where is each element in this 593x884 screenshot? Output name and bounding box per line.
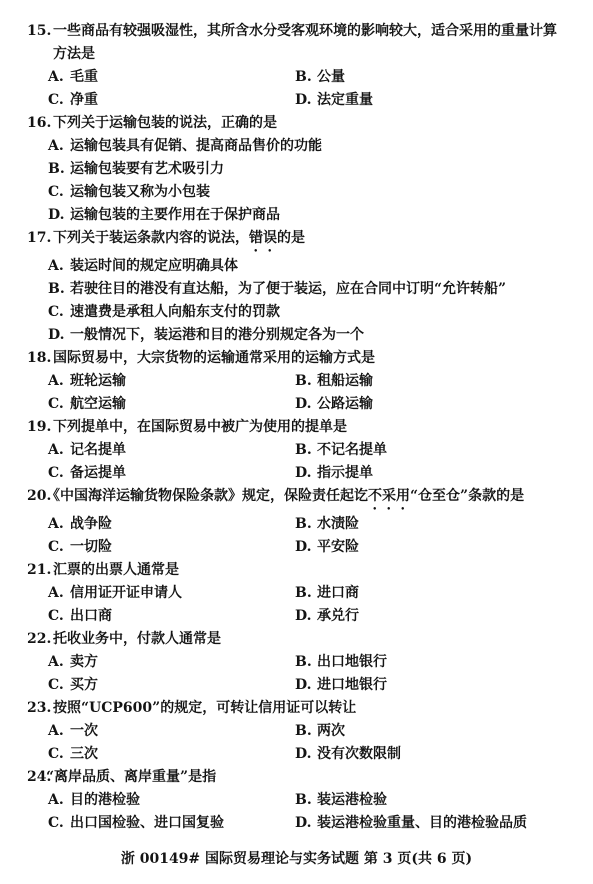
option-label: A. (48, 651, 70, 674)
question-options: A. 运输包装具有促销、提高商品售价的功能 B. 运输包装要有艺术吸引力 C. … (48, 135, 569, 227)
answer-option: A. 装运时间的规定应明确具体 (48, 255, 569, 278)
question-number: 16. (27, 112, 51, 135)
option-label: B. (295, 651, 317, 674)
option-label: C. (48, 605, 70, 628)
option-label: D. (295, 674, 317, 697)
question: 23. 按照“UCP600”的规定，可转让信用证可以转让 A. 一次 B. 两次… (27, 697, 569, 766)
answer-option: B. 装运港检验 (295, 789, 569, 812)
question: 24. “离岸品质、离岸重量”是指 A. 目的港检验 B. 装运港检验 C. 出… (27, 766, 569, 835)
answer-option: B. 若驶往目的港没有直达船，为了便于装运，应在合同中订明“允许转船” (48, 278, 569, 301)
option-text: 出口商 (70, 605, 112, 628)
option-text: 公量 (317, 66, 345, 89)
stem-text: 下列提单中，在国际贸易中被广为使用的提单是 (53, 419, 347, 435)
question-options: A. 一次 B. 两次 C. 三次 D. 没有次数限制 (48, 720, 569, 766)
option-label: C. (48, 674, 70, 697)
stem-text: 国际贸易中，大宗货物的运输通常采用的运输方式是 (53, 350, 375, 366)
option-text: 运输包装具有促销、提高商品售价的功能 (70, 135, 322, 158)
question-head: 16. 下列关于运输包装的说法，正确的是 (27, 112, 569, 135)
option-label: C. (48, 812, 70, 835)
stem-text: “仓至仓”条款的是 (410, 488, 524, 504)
answer-option: D. 法定重量 (295, 89, 569, 112)
option-label: A. (48, 255, 70, 278)
answer-option: C. 三次 (48, 743, 295, 766)
answer-option: D. 没有次数限制 (295, 743, 569, 766)
question-head: 20. 《中国海洋运输货物保险条款》规定，保险责任起讫不采用“仓至仓”条款的是 (27, 485, 569, 513)
option-text: 没有次数限制 (317, 743, 401, 766)
question-number: 21. (27, 559, 51, 582)
answer-option: B. 租船运输 (295, 370, 569, 393)
option-text: 装运港检验重量、目的港检验品质 (317, 812, 527, 835)
option-text: 航空运输 (70, 393, 126, 416)
question-options: A. 卖方 B. 出口地银行 C. 买方 D. 进口地银行 (48, 651, 569, 697)
option-text: 出口地银行 (317, 651, 387, 674)
answer-option: C. 运输包装又称为小包装 (48, 181, 569, 204)
question-stem: 汇票的出票人通常是 (53, 562, 179, 578)
option-label: D. (295, 462, 317, 485)
option-label: C. (48, 462, 70, 485)
option-text: 平安险 (317, 536, 359, 559)
question-head: 22. 托收业务中，付款人通常是 (27, 628, 569, 651)
option-label: B. (295, 582, 317, 605)
option-text: 目的港检验 (70, 789, 140, 812)
answer-option: D. 一般情况下，装运港和目的港分别规定各为一个 (48, 324, 569, 347)
answer-option: C. 出口国检验、进口国复验 (48, 812, 295, 835)
answer-option: C. 速遣费是承租人向船东支付的罚款 (48, 301, 569, 324)
stem-text: 汇票的出票人通常是 (53, 562, 179, 578)
answer-option: C. 一切险 (48, 536, 295, 559)
question-options: A. 战争险 B. 水渍险 C. 一切险 D. 平安险 (48, 513, 569, 559)
question-head: 23. 按照“UCP600”的规定，可转让信用证可以转让 (27, 697, 569, 720)
option-text: 战争险 (70, 513, 112, 536)
question: 18. 国际贸易中，大宗货物的运输通常采用的运输方式是 A. 班轮运输 B. 租… (27, 347, 569, 416)
stem-text: 一些商品有较强吸湿性，其所含水分受客观环境的影响较大，适合采用的重量计算方法是 (53, 23, 557, 62)
stem-text: 下列关于运输包装的说法，正确的是 (53, 115, 277, 131)
option-text: 指示提单 (317, 462, 373, 485)
option-text: 一般情况下，装运港和目的港分别规定各为一个 (70, 324, 364, 347)
option-label: C. (48, 536, 70, 559)
stem-text: 《中国海洋运输货物保险条款》规定，保险责任起讫 (46, 488, 368, 504)
question-number: 19. (27, 416, 51, 439)
answer-option: A. 毛重 (48, 66, 295, 89)
option-text: 买方 (70, 674, 98, 697)
answer-option: D. 公路运输 (295, 393, 569, 416)
question-number: 24. (27, 766, 51, 789)
option-text: 三次 (70, 743, 98, 766)
option-text: 两次 (317, 720, 345, 743)
question-number: 18. (27, 347, 51, 370)
option-text: 租船运输 (317, 370, 373, 393)
question-head: 15. 一些商品有较强吸湿性，其所含水分受客观环境的影响较大，适合采用的重量计算… (27, 20, 569, 66)
option-text: 公路运输 (317, 393, 373, 416)
question-options: A. 信用证开证申请人 B. 进口商 C. 出口商 D. 承兑行 (48, 582, 569, 628)
stem-emphasized-text: 错误 (249, 230, 277, 246)
answer-option: C. 出口商 (48, 605, 295, 628)
question: 15. 一些商品有较强吸湿性，其所含水分受客观环境的影响较大，适合采用的重量计算… (27, 20, 569, 112)
stem-text: 的是 (277, 230, 305, 246)
option-text: 备运提单 (70, 462, 126, 485)
option-label: A. (48, 439, 70, 462)
exam-page: 15. 一些商品有较强吸湿性，其所含水分受客观环境的影响较大，适合采用的重量计算… (0, 0, 593, 835)
option-text: 信用证开证申请人 (70, 582, 182, 605)
option-text: 卖方 (70, 651, 98, 674)
option-label: B. (48, 158, 70, 181)
option-label: B. (295, 789, 317, 812)
question-stem: “离岸品质、离岸重量”是指 (46, 769, 216, 785)
answer-option: C. 备运提单 (48, 462, 295, 485)
option-text: 不记名提单 (317, 439, 387, 462)
option-text: 运输包装又称为小包装 (70, 181, 210, 204)
question: 19. 下列提单中，在国际贸易中被广为使用的提单是 A. 记名提单 B. 不记名… (27, 416, 569, 485)
answer-option: C. 买方 (48, 674, 295, 697)
option-label: B. (295, 439, 317, 462)
option-text: 装运港检验 (317, 789, 387, 812)
answer-option: D. 平安险 (295, 536, 569, 559)
question-stem: 国际贸易中，大宗货物的运输通常采用的运输方式是 (53, 350, 375, 366)
answer-option: B. 运输包装要有艺术吸引力 (48, 158, 569, 181)
option-label: A. (48, 720, 70, 743)
answer-option: D. 运输包装的主要作用在于保护商品 (48, 204, 569, 227)
answer-option: D. 承兑行 (295, 605, 569, 628)
question: 16. 下列关于运输包装的说法，正确的是 A. 运输包装具有促销、提高商品售价的… (27, 112, 569, 227)
option-text: 若驶往目的港没有直达船，为了便于装运，应在合同中订明“允许转船” (70, 278, 506, 301)
answer-option: A. 一次 (48, 720, 295, 743)
answer-option: A. 目的港检验 (48, 789, 295, 812)
answer-option: A. 记名提单 (48, 439, 295, 462)
option-label: D. (295, 536, 317, 559)
option-text: 净重 (70, 89, 98, 112)
stem-text: 托收业务中，付款人通常是 (53, 631, 221, 647)
question-head: 18. 国际贸易中，大宗货物的运输通常采用的运输方式是 (27, 347, 569, 370)
question-options: A. 毛重 B. 公量 C. 净重 D. 法定重量 (48, 66, 569, 112)
question-stem: 《中国海洋运输货物保险条款》规定，保险责任起讫不采用“仓至仓”条款的是 (46, 488, 524, 504)
question-options: A. 班轮运输 B. 租船运输 C. 航空运输 D. 公路运输 (48, 370, 569, 416)
option-label: A. (48, 370, 70, 393)
answer-option: C. 净重 (48, 89, 295, 112)
option-text: 承兑行 (317, 605, 359, 628)
option-label: A. (48, 582, 70, 605)
option-text: 毛重 (70, 66, 98, 89)
question-number: 22. (27, 628, 51, 651)
question-number: 15. (27, 20, 51, 43)
answer-option: D. 指示提单 (295, 462, 569, 485)
answer-option: D. 装运港检验重量、目的港检验品质 (295, 812, 569, 835)
option-label: A. (48, 513, 70, 536)
question-options: A. 记名提单 B. 不记名提单 C. 备运提单 D. 指示提单 (48, 439, 569, 485)
option-label: D. (295, 812, 317, 835)
question-stem: 按照“UCP600”的规定，可转让信用证可以转让 (53, 700, 356, 716)
answer-option: A. 卖方 (48, 651, 295, 674)
answer-option: B. 出口地银行 (295, 651, 569, 674)
question: 21. 汇票的出票人通常是 A. 信用证开证申请人 B. 进口商 C. 出口商 … (27, 559, 569, 628)
question-stem: 下列提单中，在国际贸易中被广为使用的提单是 (53, 419, 347, 435)
option-text: 运输包装要有艺术吸引力 (70, 158, 224, 181)
question-options: A. 装运时间的规定应明确具体 B. 若驶往目的港没有直达船，为了便于装运，应在… (48, 255, 569, 347)
question-list: 15. 一些商品有较强吸湿性，其所含水分受客观环境的影响较大，适合采用的重量计算… (27, 20, 569, 835)
stem-text: “离岸品质、离岸重量”是指 (46, 769, 216, 785)
option-label: D. (295, 605, 317, 628)
option-text: 法定重量 (317, 89, 373, 112)
option-text: 运输包装的主要作用在于保护商品 (70, 204, 280, 227)
option-label: D. (295, 89, 317, 112)
answer-option: B. 进口商 (295, 582, 569, 605)
option-label: C. (48, 181, 70, 204)
option-label: A. (48, 66, 70, 89)
question-stem: 下列关于运输包装的说法，正确的是 (53, 115, 277, 131)
option-text: 出口国检验、进口国复验 (70, 812, 224, 835)
question: 22. 托收业务中，付款人通常是 A. 卖方 B. 出口地银行 C. 买方 D.… (27, 628, 569, 697)
question-head: 21. 汇票的出票人通常是 (27, 559, 569, 582)
question-head: 17. 下列关于装运条款内容的说法，错误的是 (27, 227, 569, 255)
stem-text: 按照“UCP600”的规定，可转让信用证可以转让 (53, 700, 356, 716)
option-text: 速遣费是承租人向船东支付的罚款 (70, 301, 280, 324)
option-text: 一切险 (70, 536, 112, 559)
option-text: 装运时间的规定应明确具体 (70, 255, 238, 278)
option-label: C. (48, 89, 70, 112)
answer-option: B. 不记名提单 (295, 439, 569, 462)
answer-option: D. 进口地银行 (295, 674, 569, 697)
answer-option: A. 战争险 (48, 513, 295, 536)
question-options: A. 目的港检验 B. 装运港检验 C. 出口国检验、进口国复验 D. 装运港检… (48, 789, 569, 835)
answer-option: A. 信用证开证申请人 (48, 582, 295, 605)
stem-text: 下列关于装运条款内容的说法， (53, 230, 249, 246)
question: 17. 下列关于装运条款内容的说法，错误的是 A. 装运时间的规定应明确具体 B… (27, 227, 569, 347)
option-label: C. (48, 301, 70, 324)
option-text: 班轮运输 (70, 370, 126, 393)
option-label: C. (48, 743, 70, 766)
option-label: D. (295, 743, 317, 766)
option-text: 一次 (70, 720, 98, 743)
option-label: B. (48, 278, 70, 301)
option-label: B. (295, 370, 317, 393)
option-label: D. (48, 324, 70, 347)
question-number: 17. (27, 227, 51, 250)
question: 20. 《中国海洋运输货物保险条款》规定，保险责任起讫不采用“仓至仓”条款的是 … (27, 485, 569, 559)
option-label: B. (295, 513, 317, 536)
question-stem: 下列关于装运条款内容的说法，错误的是 (53, 230, 305, 246)
option-label: C. (48, 393, 70, 416)
option-label: A. (48, 789, 70, 812)
answer-option: B. 公量 (295, 66, 569, 89)
answer-option: C. 航空运输 (48, 393, 295, 416)
option-text: 进口地银行 (317, 674, 387, 697)
option-label: A. (48, 135, 70, 158)
option-text: 记名提单 (70, 439, 126, 462)
option-label: B. (295, 720, 317, 743)
answer-option: A. 班轮运输 (48, 370, 295, 393)
question-number: 23. (27, 697, 51, 720)
answer-option: B. 两次 (295, 720, 569, 743)
option-label: D. (295, 393, 317, 416)
answer-option: A. 运输包装具有促销、提高商品售价的功能 (48, 135, 569, 158)
option-text: 进口商 (317, 582, 359, 605)
page-footer: 浙 00149# 国际贸易理论与实务试题 第 3 页(共 6 页) (0, 848, 593, 871)
answer-option: B. 水渍险 (295, 513, 569, 536)
question-number: 20. (27, 485, 51, 508)
option-text: 水渍险 (317, 513, 359, 536)
question-stem: 一些商品有较强吸湿性，其所含水分受客观环境的影响较大，适合采用的重量计算方法是 (53, 23, 557, 62)
option-label: B. (295, 66, 317, 89)
option-label: D. (48, 204, 70, 227)
question-stem: 托收业务中，付款人通常是 (53, 631, 221, 647)
question-head: 19. 下列提单中，在国际贸易中被广为使用的提单是 (27, 416, 569, 439)
stem-emphasized-text: 不采用 (368, 488, 410, 504)
question-head: 24. “离岸品质、离岸重量”是指 (27, 766, 569, 789)
